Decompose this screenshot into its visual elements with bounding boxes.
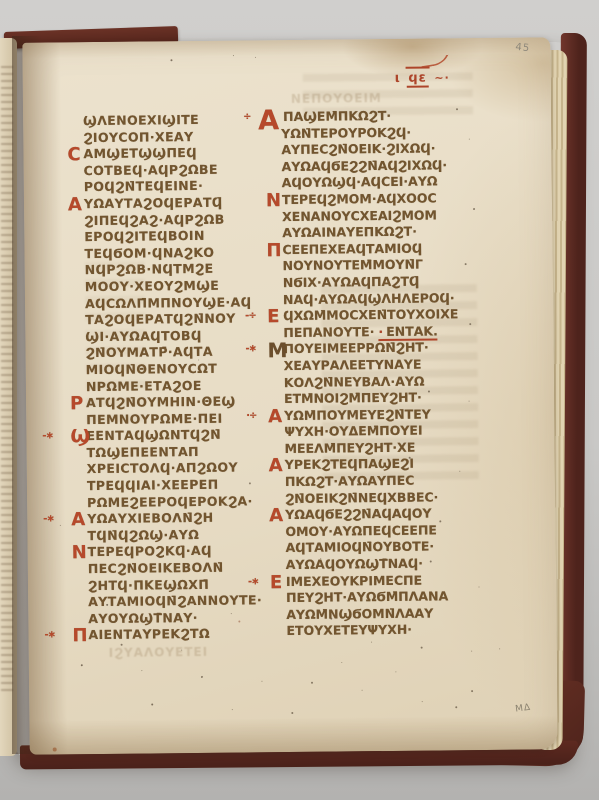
line-text: ΧΕΝΑΝΟΥCΧΕΑΙϨΜΟΜ (282, 207, 437, 224)
manuscript-text-line: ΕΤΟΥΧΕΤΕΥΨΥΧΗ· (286, 621, 496, 640)
rubric-initial: Ε (270, 572, 283, 593)
folio-number-pencil: 45 (515, 42, 531, 55)
line-text: ΠΕCϨΝ̄ΟΕΙΚΕΒΟΛΝ̄ (88, 560, 224, 576)
line-text: ϨΙΟΥCΟΠ·ΧΕΑΥ (83, 129, 193, 145)
line-text: ΤΑϨΟϤΕΡΑΤϤϨΝ̄ΝΟΥ (85, 311, 236, 328)
line-text: ΑΥΩΑϤϬΕϨϨΝ̄ΑϤϨΙΧΩϤ· (282, 157, 448, 174)
line-text: ΤΕϤϬΟΜ·ϤΝΑϨΚΟ (84, 245, 214, 261)
line-text: ΧΕΑΥΡΑΛΕΕΤΥΝΑΥΕ (284, 357, 422, 373)
rubric-margin-mark: -∗ (42, 431, 53, 442)
line-text: ΠΟΥΕΙΜΕΕΡΡΩΝ̄ϨΗΤ· (283, 340, 428, 357)
line-text: ΝΟΥΝΟΥΤΕΜ̄ΜΟΥΝ̄Γ (283, 257, 423, 273)
line-text: ΑΤϤϨΝ̄ΟΥΜΗΙΝ·ΘΕϢ (86, 394, 236, 411)
manuscript-text-line: ΑΥΩΑΥΤΑϨΟϤΕΡΑΤϤ̄ (84, 194, 274, 213)
line-text: ΠΕΜΝΟΥΡΩΜΕ·ΠΕΙ (86, 410, 222, 426)
rubric-margin-mark: -∗ (44, 630, 55, 641)
line-text: ϨΝ̄ΟΕΙΚϨΝ̄ΝΕϤΧΒΒΕC· (285, 489, 438, 506)
photo-background: 45 ι ϥε ∼· ΝΕΠΟΥΟΕΙΜ ϢΛΕΝΟΕΧΙϢΙΤΕϨΙΟΥCΟΠ… (0, 0, 599, 800)
manuscript-text-line: ΠΕCϨΝ̄ΟΕΙΚΕΒΟΛΝ̄ (88, 559, 278, 578)
rubric-initial: Α (68, 194, 83, 215)
line-text: ΑΥΩΑΙΝΑΥΕΠΚΩϨΤ· (282, 224, 417, 240)
line-text: ΨΥΧΗ·ΟΥΔΕΜ̄ΠΟΥΕΙ (284, 423, 422, 439)
line-text: ΜΟΟΥ·ΧΕΟΥϨΜϢΕ (85, 278, 220, 294)
manuscript-text-line: -∗ΑΥΩΑΥΧΙΕΒΟΛΝ̄ϨΗ (87, 509, 277, 528)
line-text: ΤΕΡΕϤϨΜΟΜ·ΑϤΧΟΟC (282, 190, 437, 207)
rubric-margin-mark: -∗ (43, 514, 54, 525)
line-text: ϢΛΕΝΟΕΧΙϢΙΤΕ (83, 112, 199, 128)
line-text: CΟΤΒΕϤ·ΑϤΡϨΩΒΕ (84, 162, 218, 178)
line-text: ΠΑϢΕΜ̄ΠΚΩϨΤ· (283, 108, 391, 124)
manuscript-text-line: CΟΤΒΕϤ·ΑϤΡϨΩΒΕ (84, 161, 274, 180)
text-column-right: ÷ΑΠΑϢΕΜ̄ΠΚΩϨΤ·ΥΩΝ̄ΤΕΡΟΥΡΟΚϨϤ·ΑΥΠΕCϨΝ̄ΟΕΙ… (281, 107, 497, 640)
line-text: ΕΤΟΥΧΕΤΕΥΨΥΧΗ· (286, 622, 412, 638)
line-text: ΤϤΝ̄ϤϨΩϢ·ΑΥΩ (87, 527, 199, 543)
manuscript-text-line: -∗ΠΑΙΕΝΤΑΥΡΕΚϨΤΩ (88, 626, 278, 645)
line-text: ϨΝ̄ΟΥΜΑΤΡ̄·ΑϤΤΑ (85, 344, 212, 360)
line-text: ΝϤΡϨΩΒ·ΝϤΤΜϨΕ (85, 261, 214, 277)
manuscript-text-line: ΝΤΕΡΕϤΡΟϨΚϤ̄·ΑϤ (88, 543, 278, 562)
rubric-initial: Ν (266, 190, 281, 211)
manuscript-text-line: ϨΙΟΥCΟΠ·ΧΕΑΥ (83, 128, 273, 147)
line-text: ΡΩΜΕϨΕΕΡΟϤΕΡΟΚϨΑ· (87, 493, 253, 510)
manuscript-text-line: ΤΕϤϬΟΜ·ϤΝΑϨΚΟ (84, 244, 274, 263)
ghost-text: ΝΕΠΟΥΟΕΙΜ (291, 91, 382, 106)
line-text: ΑΜϢΕΤϢϢΠΕϤ (83, 145, 197, 161)
line-text: ΝΡΩΜΕ·ΕΤΑϨΟΕ (86, 377, 202, 393)
manuscript-text-line: ΤΡΕϤϤΙΑΙ·ΧΕΕΡΕΠ (87, 476, 277, 495)
line-text: ΑΥΩΑϤΟΥΩϢΤ̄ΝΑϤ· (286, 556, 423, 572)
line-text: ΤΩϢΕΠΕΕΝΤΑΠ (87, 444, 200, 460)
manuscript-text-line: ΤΩϢΕΠΕΕΝΤΑΠ (87, 443, 277, 462)
manuscript-text-line: ΑϤCΩΛΠ̄ΜΠΝΟΥϢΕ·ΑϤ (85, 294, 275, 313)
line-text: ΕΡΟϤϨΙΤΕϤΒΟΙΝ (84, 228, 205, 244)
line-text: ΑΙΕΝΤΑΥΡΕΚϨΤΩ (88, 626, 210, 642)
ink-specks (22, 43, 24, 45)
line-text: ΥΩΝ̄ΤΕΡΟΥΡΟΚϨϤ· (281, 124, 411, 140)
line-text: ΥΩΑΥΤΑϨΟϤΕΡΑΤϤ̄ (84, 195, 223, 211)
manuscript-text-line: ΝΡΩΜΕ·ΕΤΑϨΟΕ (86, 377, 276, 396)
line-text: ΕΕΝΤΑϤϢΩΝΤϤϨΝ̄ (86, 427, 221, 443)
rubric-initial: Α (71, 509, 86, 530)
ghost-text: ΙϨΥΑΛΟΥΕΤΕΙ (109, 645, 209, 660)
rubric-margin-mark: ·÷ (246, 410, 256, 421)
line-text: ΠΕΥϨΗΤ·ΑΥΩϬΜ̄ΠΛΑΝΑ (286, 589, 448, 606)
line-text: ΙΜΕΧΕΟΥΚΡΙΜΕCΠΕ (286, 572, 422, 588)
rubric-initial: Α (269, 505, 283, 526)
line-text: ΑΥΩΜ̄ΝϢϬΟΜΝ̄ΛΑΑΥ (286, 605, 433, 622)
line-text: ΥΩΑϤϬΕϨϨΝ̄ΑϤΑϤΟΥ (285, 506, 431, 523)
quire-mark-suffix: ∼· (434, 71, 450, 84)
manuscript-text-line: ΑΥΟΥΩϢΤ̄ΝΑΥ· (88, 609, 278, 628)
line-text: ϨΙΠΕϤϨΑϨ·ΑϤΡϨΩΒ (84, 211, 225, 227)
line-text: ΡΟϤϨΝ̄ΤΕϤΕΙΝΕ· (84, 178, 204, 194)
rubric-margin-mark: -÷ (245, 310, 256, 321)
quire-mark: ι ϥε ∼· (394, 56, 449, 86)
line-text: ΑϤCΩΛΠ̄ΜΠΝΟΥϢΕ·ΑϤ (85, 294, 252, 311)
line-text: ϤΧΩΜ̄ΜΟCΧΕΝ̄ΤΟΥΧΟΙΧΕ (283, 306, 458, 323)
rubric-initial: Ρ (70, 393, 84, 414)
line-text: ΧΡΕΙCΤΟΛϤ·ΑΠϨΩΟΥ (87, 460, 238, 477)
line-text: ΑΥΤΑΜΙΟϤΝ̄ϨΑΝΝΟΥΤΕ· (88, 593, 262, 610)
rubric-margin-mark: ÷ (243, 111, 251, 122)
line-text: CΕΕΠΕΧΕΑϤΤΑΜΙΟϤ (282, 240, 422, 256)
line-text: ΥΡΕΚϨΤΕϤΠΑϢΕϨΙ (285, 456, 414, 472)
rubric-margin-mark: -∗ (248, 576, 259, 587)
line-text: ΥΩΜ̄ΠΟΥΜΕΥΕϨΝ̄ΤΕΥ (284, 406, 431, 423)
rubric-initial: Π (266, 240, 281, 261)
line-text: ΝϬΙΧ·ΑΥΩΑϤΠΑϨΤϤ̄ (283, 274, 420, 290)
line-text: ΜΕΕΛΜ̄ΠΕΥϨΗΤ·ΧΕ (284, 440, 415, 456)
quire-mark-prefix: ι (395, 71, 401, 86)
line-text: ϨΗΤϤ·ΠΚΕϢΩΧΠ̄ (88, 576, 209, 592)
manuscript-text-line: ΧΡΕΙCΤΟΛϤ·ΑΠϨΩΟΥ (87, 460, 277, 479)
rubric-initial: Α (269, 456, 283, 477)
line-text: ΥΩΑΥΧΙΕΒΟΛΝ̄ϨΗ (87, 510, 214, 526)
bottom-corner-inscription: ΜΔ (515, 703, 532, 715)
rubric-initial: C (67, 144, 81, 165)
rubric-initial: Π (72, 626, 88, 647)
line-text: ΚΟΛϨΝ̄ΝΕΥΒΑΛ·ΑΥΩ (284, 373, 425, 389)
line-text: ΕΤΜ̄ΝΟΙϨΜ̄ΠΕΥϨΗΤ· (284, 390, 422, 406)
manuscript-text-line: -∗ϢΕΕΝΤΑϤϢΩΝΤϤϨΝ̄ (86, 426, 276, 445)
manuscript-page: 45 ι ϥε ∼· ΝΕΠΟΥΟΕΙΜ ϢΛΕΝΟΕΧΙϢΙΤΕϨΙΟΥCΟΠ… (22, 37, 557, 754)
line-text: ΤΕΡΕϤΡΟϨΚϤ̄·ΑϤ (88, 543, 212, 559)
line-text: ΠΚΩϨΤ·ΑΥΩΑΥΠΕC (285, 473, 415, 489)
line-text: ΠΕΠΑΝΟΥΤΕ· (283, 324, 374, 340)
manuscript-text-line: ΜΟΟΥ·ΧΕΟΥϨΜϢΕ (85, 277, 275, 296)
line-text: ΝΑϤ·ΑΥΩΑϤϢΛΗΛΕΡΟϤ· (283, 290, 455, 307)
text-column-left: ϢΛΕΝΟΕΧΙϢΙΤΕϨΙΟΥCΟΠ·ΧΕΑΥCΑΜϢΕΤϢϢΠΕϤCΟΤΒΕ… (83, 111, 279, 644)
line-text: ϢΙ·ΑΥΩΑϤΤΟΒϤ (85, 328, 202, 344)
manuscript-text-line: ΡΟϤϨΝ̄ΤΕϤΕΙΝΕ· (84, 178, 274, 197)
rubric-margin-mark: -∗ (245, 344, 256, 355)
rubric-initial: Ε (267, 306, 280, 327)
manuscript-text-line: ΡΩΜΕϨΕΕΡΟϤΕΡΟΚϨΑ· (87, 493, 277, 512)
line-text: ΜΙΟϤΝ̄ΘΕΝΟΥCΩΤ (86, 361, 218, 377)
line-text: ΤΡΕϤϤΙΑΙ·ΧΕΕΡΕΠ (87, 477, 219, 493)
line-text: ΑΥΟΥΩϢΤ̄ΝΑΥ· (88, 610, 198, 626)
rubric-initial: Ν (72, 543, 88, 564)
rubric-initial: Α (258, 105, 279, 136)
quire-mark-row: ι ϥε ∼· (395, 70, 450, 86)
manuscript-text-line: ΕΡΟϤϨΙΤΕϤΒΟΙΝ (84, 227, 274, 246)
line-text: ΑϤΤΑΜΙΟϤΝ̄ΟΥΒΟΤΕ· (286, 539, 435, 556)
line-text: ΑϤΟΥΩϢϤ·ΑϤCΕΙ·ΑΥΩ (282, 174, 438, 191)
quire-mark-label: ϥε (406, 71, 429, 88)
line-text: ΑΥΠΕCϨΝ̄ΟΕΙΚ·ϨΙΧΩϤ· (281, 141, 435, 158)
manuscript-text-line: ΜΙΟϤΝ̄ΘΕΝΟΥCΩΤ (86, 360, 276, 379)
manuscript-text-line: ϢΙ·ΑΥΩΑϤΤΟΒϤ (85, 327, 275, 346)
manuscript-text-line: ΝϤΡϨΩΒ·ΝϤΤΜϨΕ (85, 260, 275, 279)
manuscript-text-line: ΡΑΤϤϨΝ̄ΟΥΜΗΙΝ·ΘΕϢ (86, 393, 276, 412)
manuscript-text-line: ΤϤΝ̄ϤϨΩϢ·ΑΥΩ (87, 526, 277, 545)
manuscript-text-line: ϨΙΠΕϤϨΑϨ·ΑϤΡϨΩΒ (84, 211, 274, 230)
manuscript-text-line: ΑΥΤΑΜΙΟϤΝ̄ϨΑΝΝΟΥΤΕ· (88, 592, 278, 611)
rubric-initial: Α (268, 406, 282, 427)
manuscript-text-line: CΑΜϢΕΤϢϢΠΕϤ (83, 144, 273, 163)
underlined-phrase: ΕΝΤΑΚ. (378, 323, 438, 341)
line-text: ΟΜΟΥ·ΑΥΩΠΕϤCΕΕΠΕ (285, 522, 437, 539)
